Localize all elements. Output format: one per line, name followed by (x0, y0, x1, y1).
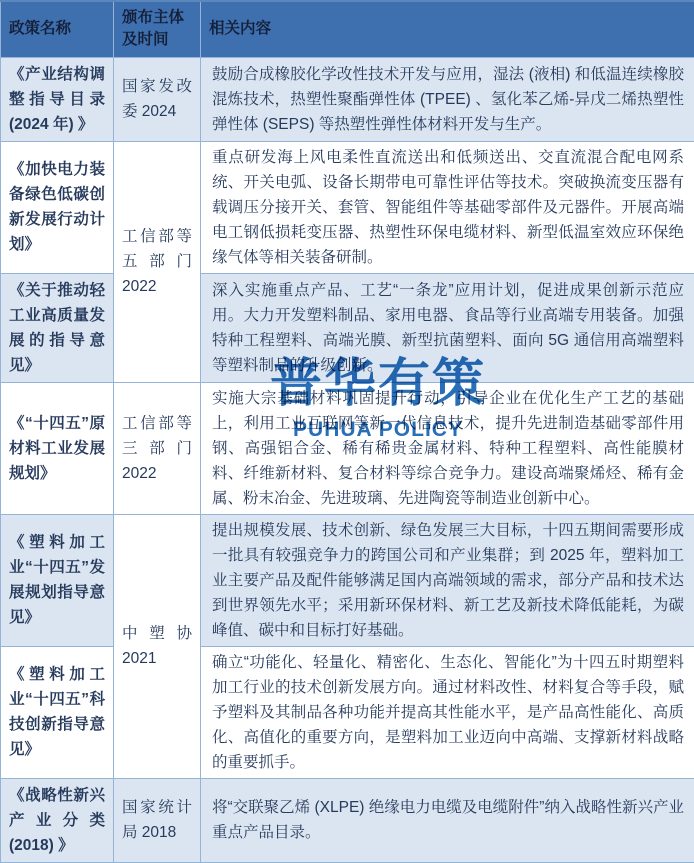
issuer-cell: 国家统计局 2018 (114, 778, 201, 862)
table-row: 《塑料加工业“十四五”发展规划指导意见》 中塑协 2021 提出规模发展、技术创… (1, 514, 694, 646)
table-row: 《“十四五”原材料工业发展规划》 工信部等三部门 2022 实施大宗基础材料巩固… (1, 382, 694, 514)
content-cell: 实施大宗基础材料巩固提升行动，引导企业在优化生产工艺的基础上，利用工业互联网等新… (201, 382, 694, 514)
policy-name-cell: 《“十四五”原材料工业发展规划》 (1, 382, 114, 514)
content-cell: 重点研发海上风电柔性直流送出和低频送出、交直流混合配电网系统、开关电弧、设备长期… (201, 141, 694, 273)
policy-table-page: 政策名称 颁布主体及时间 相关内容 《产业结构调整指导目录 (2024 年) 》… (0, 0, 694, 863)
content-cell: 确立“功能化、轻量化、精密化、生态化、智能化”为十四五时期塑料加工行业的技术创新… (201, 646, 694, 778)
content-cell: 提出规模发展、技术创新、绿色发展三大目标，十四五期间需要形成一批具有较强竞争力的… (201, 514, 694, 646)
policy-name-cell: 《产业结构调整指导目录 (2024 年) 》 (1, 57, 114, 141)
policy-table: 政策名称 颁布主体及时间 相关内容 《产业结构调整指导目录 (2024 年) 》… (0, 0, 694, 863)
issuer-cell: 中塑协 2021 (114, 514, 201, 778)
table-row: 《关于推动轻工业高质量发展的指导意见》 深入实施重点产品、工艺“一条龙”应用计划… (1, 273, 694, 382)
header-row: 政策名称 颁布主体及时间 相关内容 (1, 1, 694, 57)
policy-name-cell: 《塑料加工业“十四五”发展规划指导意见》 (1, 514, 114, 646)
column-header-content: 相关内容 (201, 1, 694, 57)
policy-name-cell: 《战略性新兴产业分类 (2018) 》 (1, 778, 114, 862)
issuer-cell: 工信部等五部门 2022 (114, 141, 201, 382)
policy-name-cell: 《关于推动轻工业高质量发展的指导意见》 (1, 273, 114, 382)
content-cell: 深入实施重点产品、工艺“一条龙”应用计划，促进成果创新示范应用。大力开发塑料制品… (201, 273, 694, 382)
content-cell: 鼓励合成橡胶化学改性技术开发与应用，湿法 (液相) 和低温连续橡胶混炼技术，热塑… (201, 57, 694, 141)
policy-name-cell: 《塑料加工业“十四五”科技创新指导意见》 (1, 646, 114, 778)
table-row: 《产业结构调整指导目录 (2024 年) 》 国家发改委 2024 鼓励合成橡胶… (1, 57, 694, 141)
issuer-cell: 国家发改委 2024 (114, 57, 201, 141)
table-row: 《加快电力装备绿色低碳创新发展行动计划》 工信部等五部门 2022 重点研发海上… (1, 141, 694, 273)
table-row: 《战略性新兴产业分类 (2018) 》 国家统计局 2018 将“交联聚乙烯 (… (1, 778, 694, 862)
issuer-cell: 工信部等三部门 2022 (114, 382, 201, 514)
column-header-issuer: 颁布主体及时间 (114, 1, 201, 57)
content-cell: 将“交联聚乙烯 (XLPE) 绝缘电力电缆及电缆附件”纳入战略性新兴产业重点产品… (201, 778, 694, 862)
column-header-policy-name: 政策名称 (1, 1, 114, 57)
policy-name-cell: 《加快电力装备绿色低碳创新发展行动计划》 (1, 141, 114, 273)
table-row: 《塑料加工业“十四五”科技创新指导意见》 确立“功能化、轻量化、精密化、生态化、… (1, 646, 694, 778)
